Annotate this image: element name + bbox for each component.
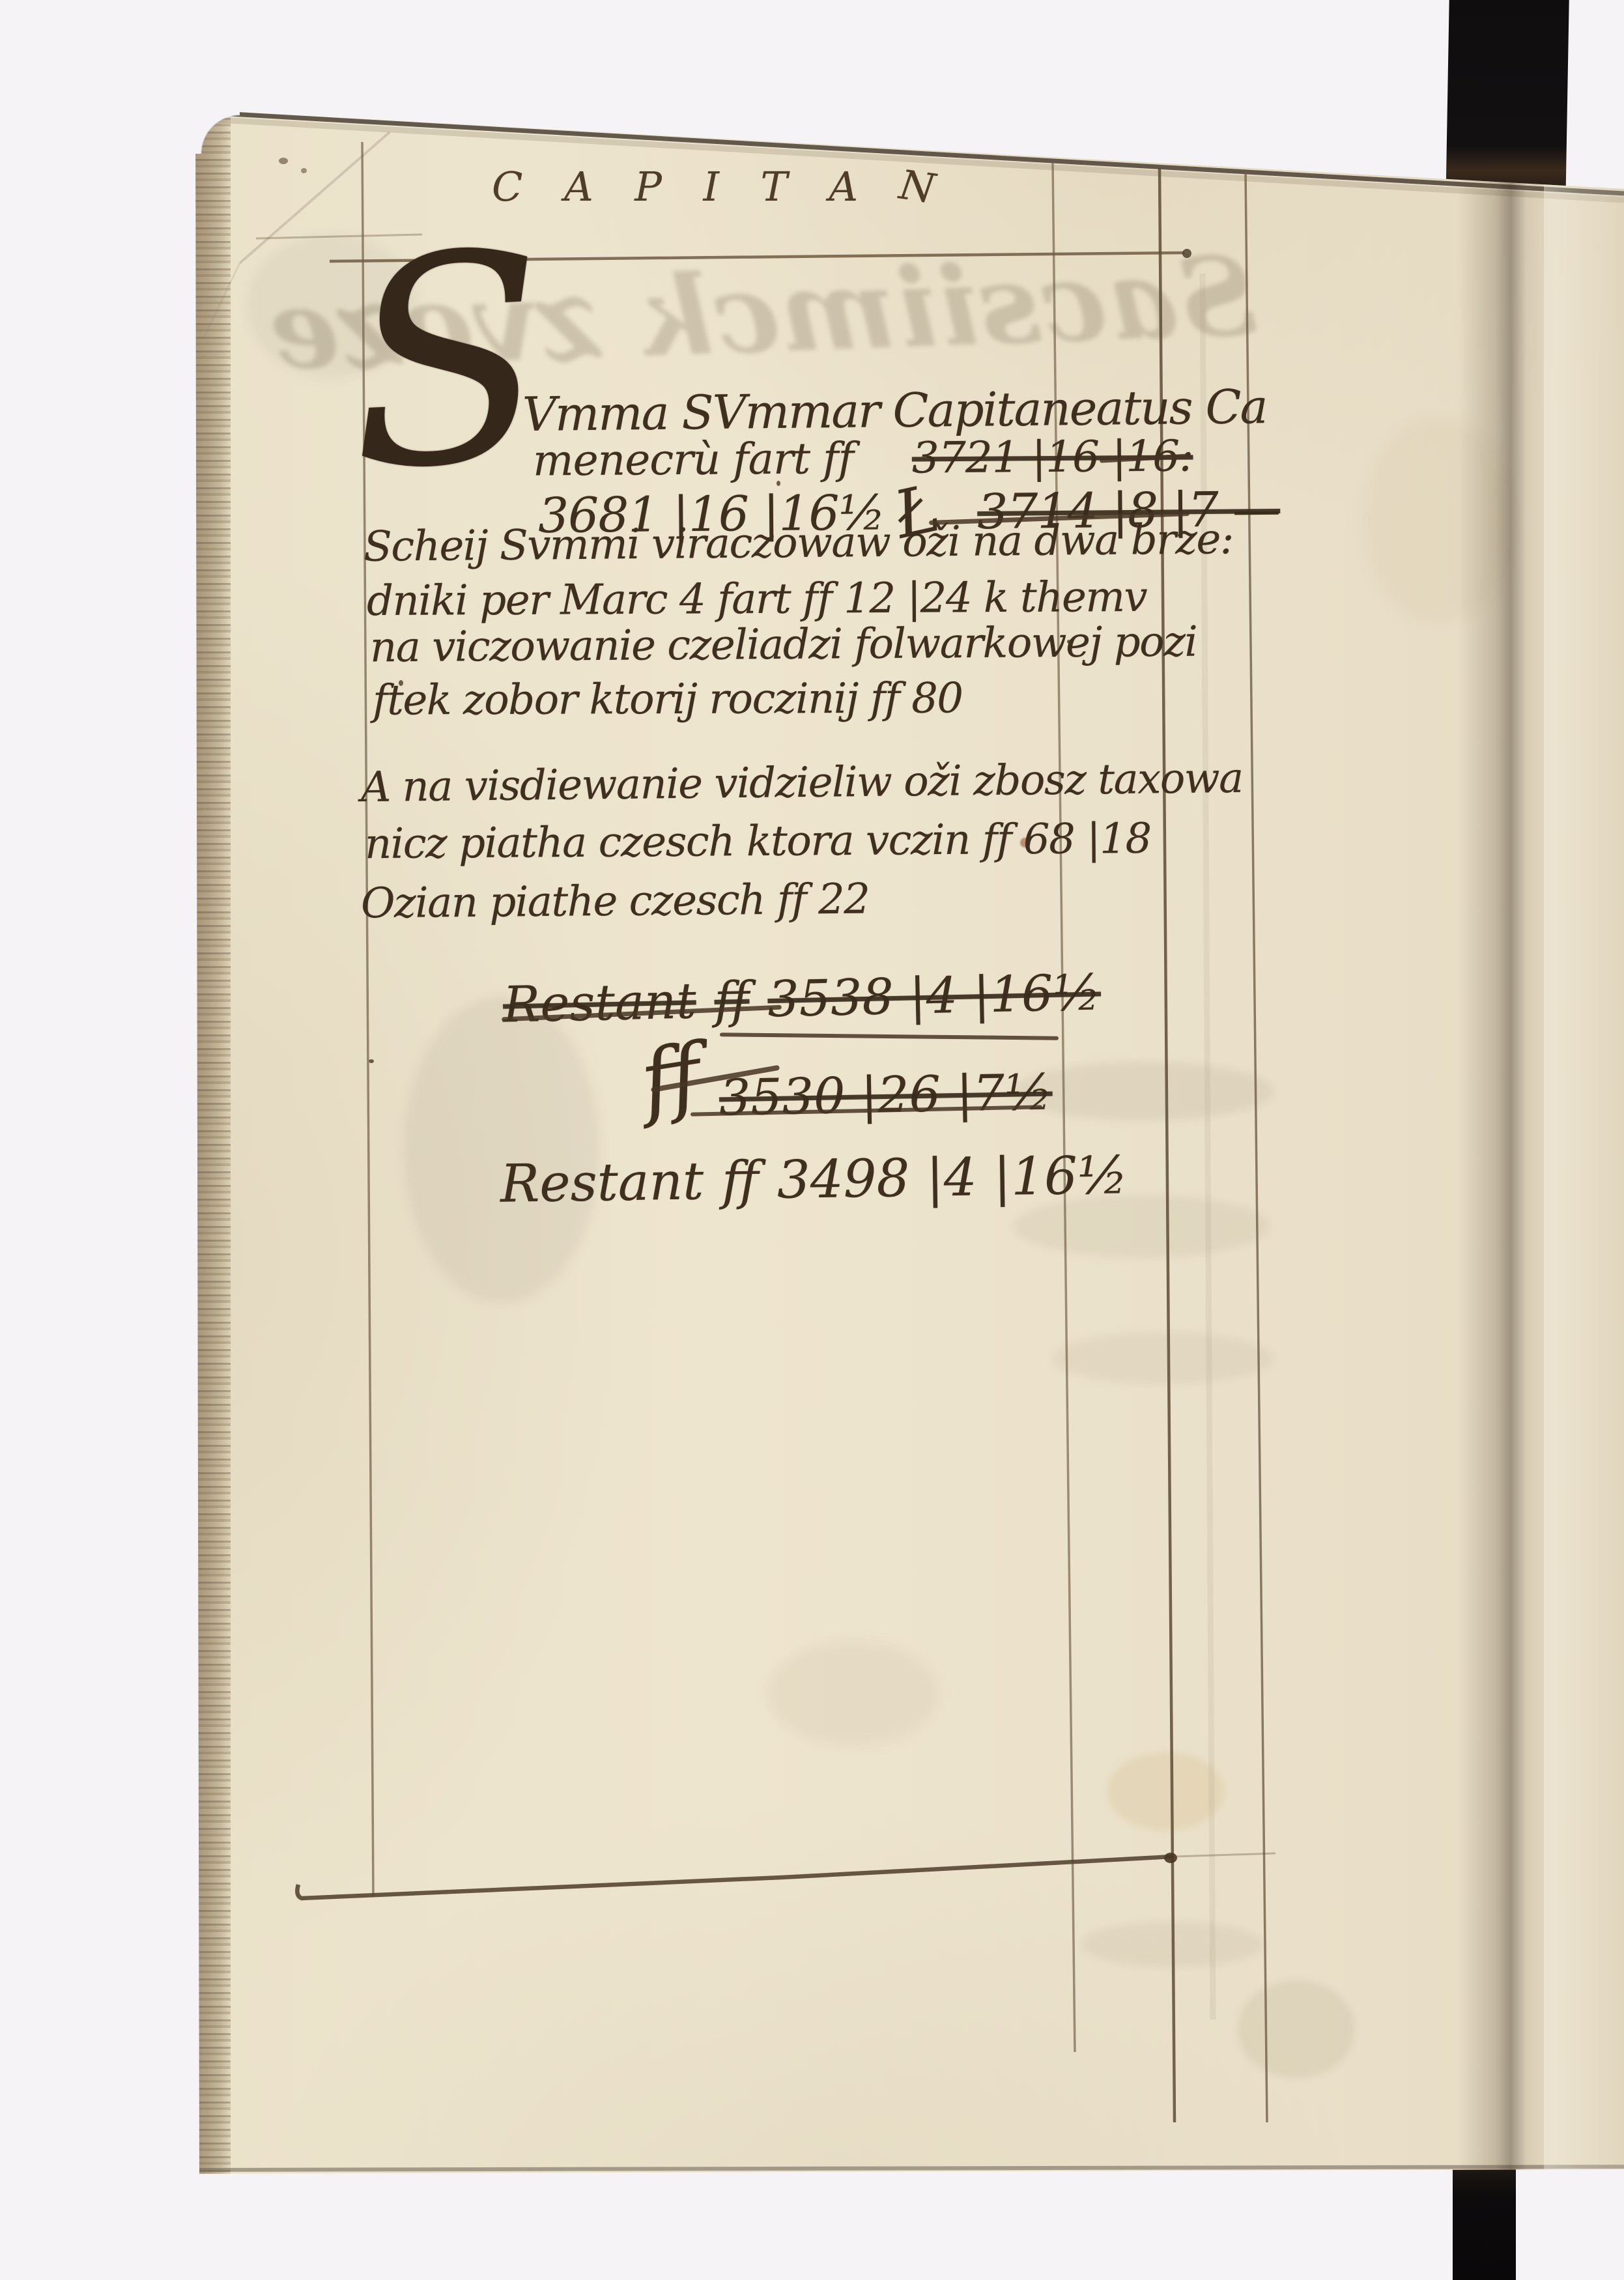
allowance-line: ftek zobor ktorij roczinij ff 80 [373,676,963,723]
taxa-line: Ozian piathe czesch ff 22 [361,877,870,927]
currency-sign: ff [722,1150,760,1211]
page-fold-shadow [1458,104,1556,2182]
restant-label: Restant [500,1150,704,1214]
allowance-line: dniki per Marc 4 fart ff 12 |24 k themv [367,575,1147,624]
restant-label: Restant [502,971,696,1033]
currency-sign: ff [714,971,750,1029]
show-through-smudge [1052,1332,1274,1384]
restant-cancelled-value: 3530 |26 |7½ [719,1063,1053,1127]
manuscript-page: Sacsiimck zvoze C A P I [0,0,1624,2280]
right-rule-3 [1246,172,1267,2122]
allowance-line: na viczowanie czeliadzi folwarkowej pozi [370,620,1197,671]
ink-speck [301,168,307,173]
taxa-line: A na visdiewanie vidzieliw oži zbosz tax… [361,756,1243,810]
restant-final: Restantff3498 |4 |16½ [500,1147,1128,1212]
taxa-line: nicz piatha czesch ktora vczin ff 68 |18 [365,817,1151,868]
header-letter: P [634,163,662,210]
book-fore-edge [195,104,231,2176]
header-letter: A [829,163,858,210]
allowance-line: Scheij Svmmi viraczowaw oži na dwa brze: [363,517,1233,570]
bottom-rule-end-blob [1164,1853,1177,1863]
book-strap-bottom [1453,2156,1516,2280]
page-corner-mask [193,107,240,154]
bottom-rule [297,1857,1173,1898]
header-letter: T [761,163,788,210]
page-header-capitan: C A P I T A N [492,163,935,223]
ink-speck [369,1059,374,1063]
header-letter: A [564,163,593,210]
show-through-smudge [404,997,599,1303]
restant-cancelled-value: 3538 |4 |16½ [767,963,1101,1028]
ink-speck [279,158,288,164]
paper-stain [769,1642,938,1746]
show-through-smudge [1238,1980,1355,2078]
decorated-initial: S [343,242,551,481]
restant-cancelled-1: Restantff3538 |4 |16½ [502,965,1102,1031]
restant-cancelled-2: ff3530 |26 |7½ [641,1036,1053,1133]
paper-stain [1107,1752,1225,1831]
restant-final-value: 3498 |4 |16½ [776,1145,1128,1210]
show-through-smudge [1081,1922,1264,1967]
next-leaf [1544,104,1624,2182]
header-letter: N [896,161,938,213]
header-letter: I [704,163,720,210]
show-through-script: Sacsiimck zvoze [649,241,1259,392]
bottom-rule-tail [1174,1853,1275,1857]
page-bottom-edge-line [199,2167,1624,2170]
book-strap-top [1446,0,1569,203]
